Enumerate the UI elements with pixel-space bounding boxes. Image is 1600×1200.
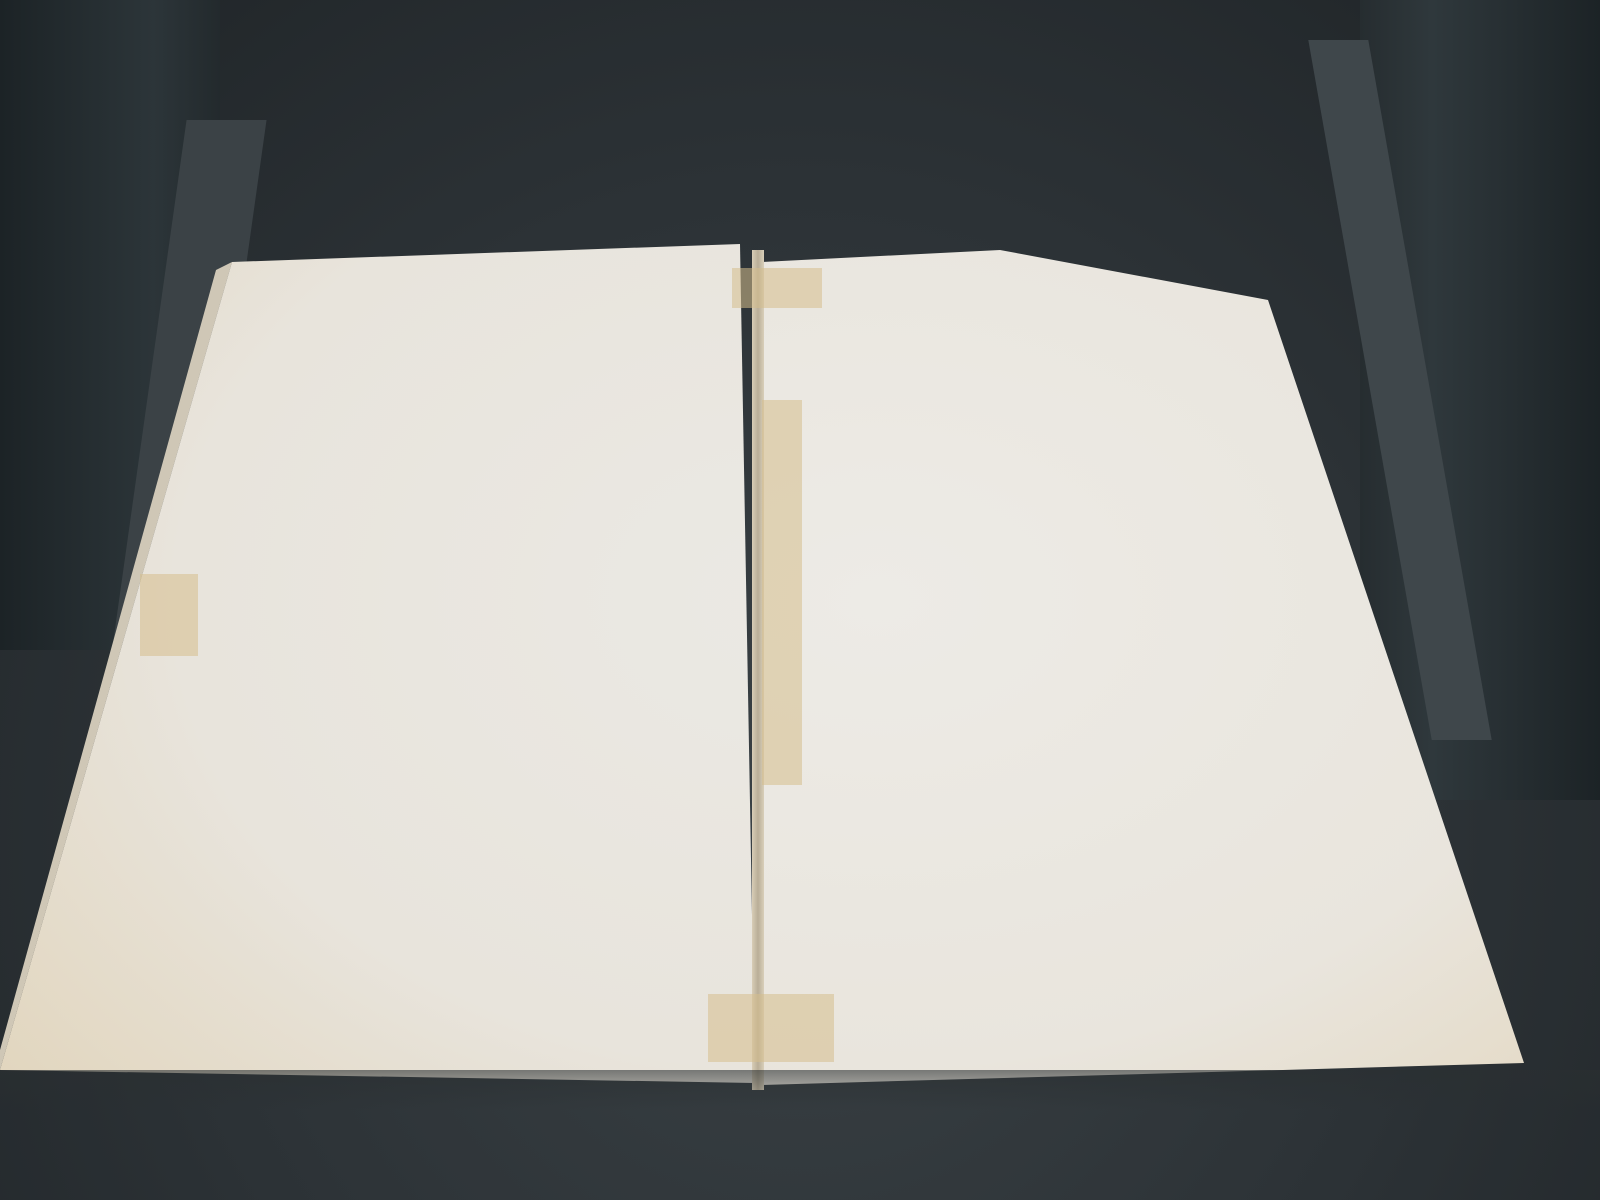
book-shadow [0, 1070, 1600, 1110]
tape-residue-bottom-gutter [708, 994, 834, 1062]
tape-residue-left-margin [140, 574, 198, 656]
tape-residue-gutter-strip [762, 400, 802, 785]
open-book [0, 0, 1600, 1200]
tape-residue-top-gutter [732, 268, 822, 308]
